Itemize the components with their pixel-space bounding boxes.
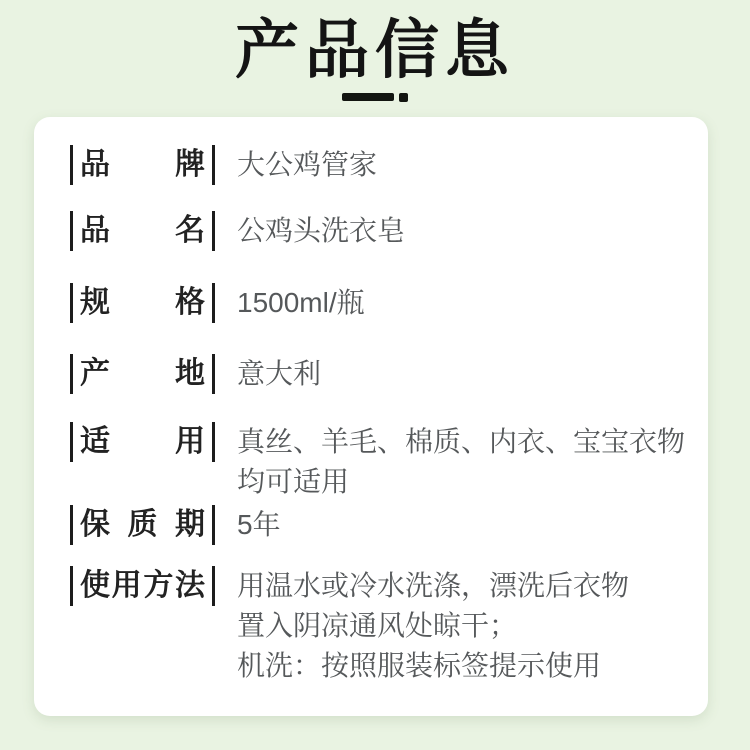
row-label-product-name: 品名 xyxy=(73,211,212,251)
row-label-brand: 品牌 xyxy=(73,145,212,185)
table-row-origin: 产地 意大利 xyxy=(70,354,686,394)
title-underline-dash xyxy=(342,93,394,101)
row-value-product-name: 公鸡头洗衣皂 xyxy=(215,211,686,251)
table-row-shelf-life: 保质期 5年 xyxy=(70,505,686,545)
table-row-product-name: 品名 公鸡头洗衣皂 xyxy=(70,211,686,251)
title-underline xyxy=(0,92,750,102)
row-value-applicable: 真丝、羊毛、棉质、内衣、宝宝衣物 均可适用 xyxy=(215,422,686,502)
row-label-usage-instructions: 使用方法 xyxy=(73,566,212,606)
row-value-origin: 意大利 xyxy=(215,354,686,394)
row-label-applicable: 适用 xyxy=(73,422,212,462)
row-label-origin: 产地 xyxy=(73,354,212,394)
page-title: 产品信息 xyxy=(235,10,515,90)
page-header: 产品信息 xyxy=(0,0,750,102)
product-info-card: 品牌 大公鸡管家 品名 公鸡头洗衣皂 规格 1500ml/瓶 产地 意大利 适用… xyxy=(34,117,708,716)
row-value-shelf-life: 5年 xyxy=(215,505,686,545)
table-row-brand: 品牌 大公鸡管家 xyxy=(70,145,686,185)
row-value-brand: 大公鸡管家 xyxy=(215,145,686,185)
table-row-usage-instructions: 使用方法 用温水或冷水洗涤，漂洗后衣物 置入阴凉通风处晾干； 机洗：按照服装标签… xyxy=(70,566,686,686)
title-underline-dot xyxy=(399,93,408,102)
row-label-shelf-life: 保质期 xyxy=(73,505,212,545)
row-value-usage-instructions: 用温水或冷水洗涤，漂洗后衣物 置入阴凉通风处晾干； 机洗：按照服装标签提示使用 xyxy=(215,566,686,686)
row-value-specification: 1500ml/瓶 xyxy=(215,283,686,323)
table-row-applicable: 适用 真丝、羊毛、棉质、内衣、宝宝衣物 均可适用 xyxy=(70,422,686,502)
table-row-specification: 规格 1500ml/瓶 xyxy=(70,283,686,323)
row-label-specification: 规格 xyxy=(73,283,212,323)
